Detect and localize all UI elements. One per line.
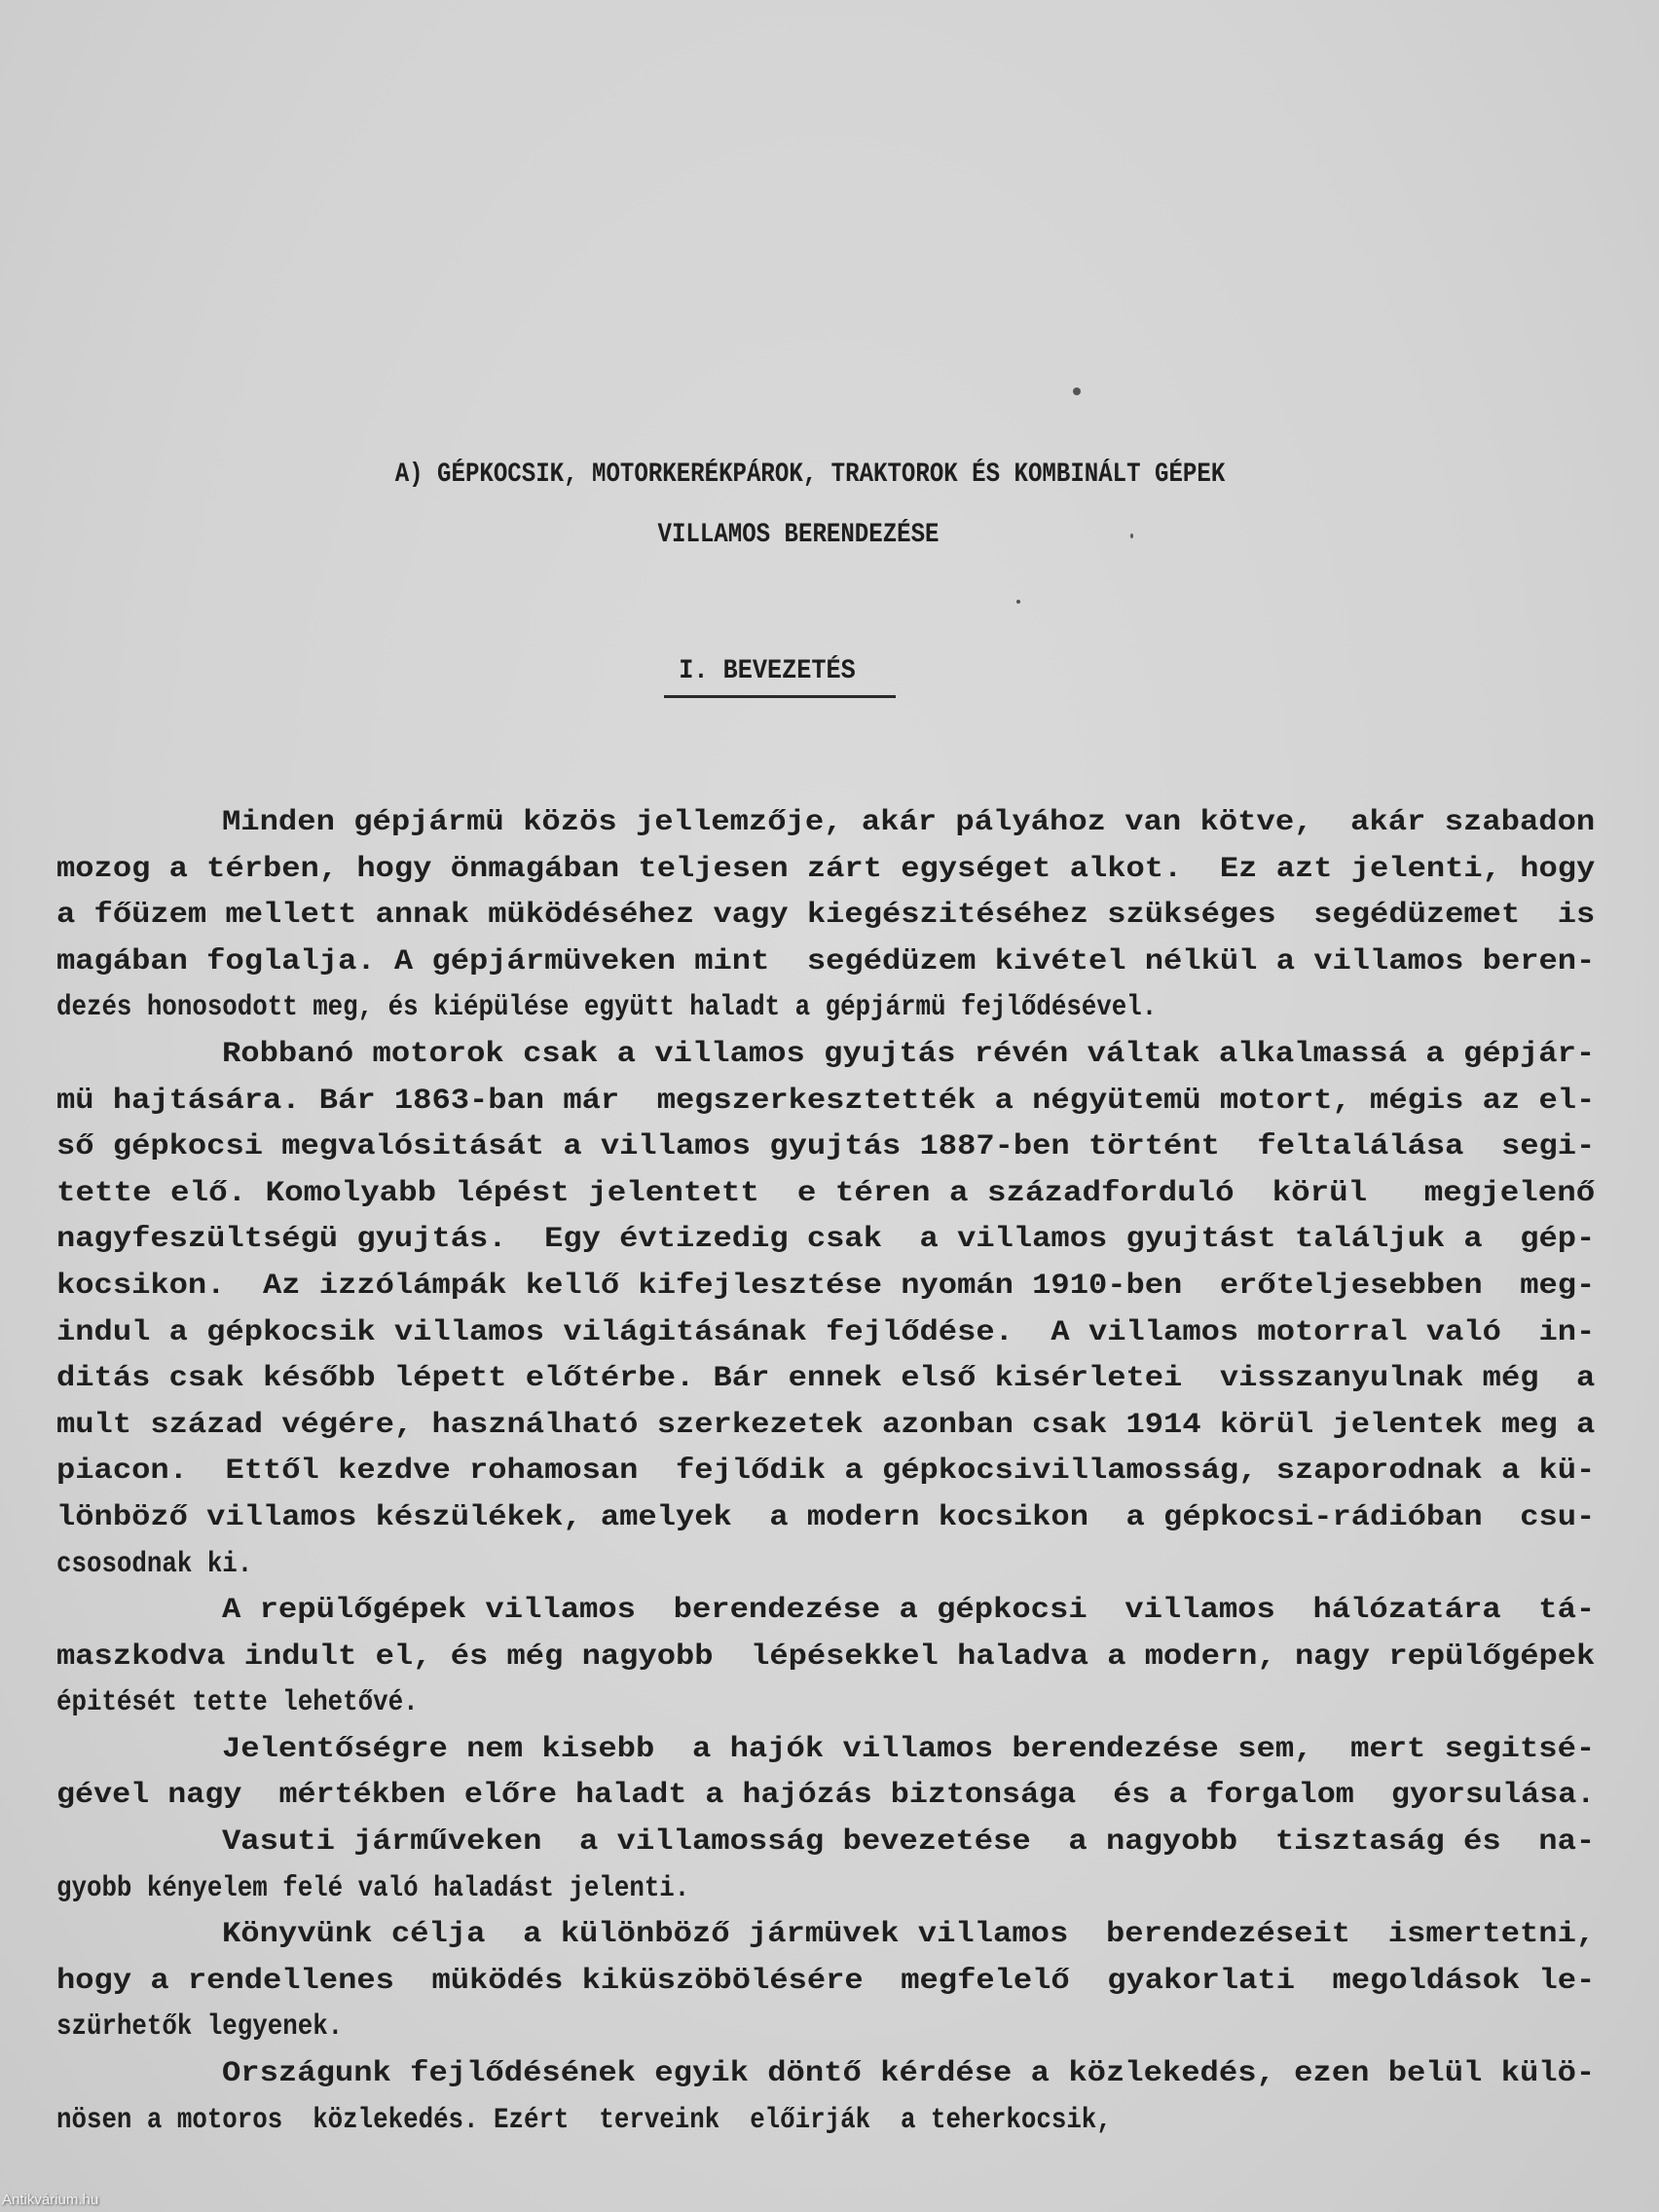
text-line: Könyvünk célja a különböző jármüvek vill…: [56, 1912, 1659, 1959]
text-line: nagyfeszültségü gyujtás. Egy évtizedig c…: [56, 1217, 1595, 1264]
text-line: A repülőgépek villamos berendezése a gép…: [56, 1588, 1659, 1635]
text-line: Vasuti járműveken a villamosság bevezeté…: [56, 1820, 1659, 1866]
text-line: magában foglalja. A gépjármüveken mint s…: [56, 940, 1595, 986]
document-title-line-1: A) GÉPKOCSIK, MOTORKERÉKPÁROK, TRAKTOROK…: [333, 460, 1287, 490]
text-line: mü hajtására. Bár 1863-ban már megszerke…: [56, 1079, 1595, 1125]
text-line: hogy a rendellenes müködés kiküszöbölésé…: [56, 1959, 1595, 2006]
body-text: Minden gépjármü közös jellemzője, akár p…: [56, 800, 1595, 2144]
text-line: épitését tette lehetővé.: [56, 1680, 419, 1727]
paper-speck: [1073, 387, 1081, 395]
text-line: tette elő. Komolyabb lépést jelentett e …: [56, 1171, 1595, 1218]
text-line: Jelentőségre nem kisebb a hajók villamos…: [56, 1727, 1659, 1774]
text-line: Minden gépjármü közös jellemzője, akár p…: [56, 800, 1659, 847]
text-line: kocsikon. Az izzólámpák kellő kifejleszt…: [56, 1264, 1595, 1310]
text-line: indul a gépkocsik villamos világitásának…: [56, 1310, 1595, 1357]
section-heading: I. BEVEZETÉS: [662, 656, 872, 686]
scanned-page: A) GÉPKOCSIK, MOTORKERÉKPÁROK, TRAKTOROK…: [0, 0, 1659, 2212]
text-line: Országunk fejlődésének egyik döntő kérdé…: [56, 2051, 1659, 2098]
text-line: gyobb kényelem felé való haladást jelent…: [56, 1866, 689, 1913]
text-line: szürhetők legyenek.: [56, 2005, 343, 2051]
text-line: maszkodva indult el, és még nagyobb lépé…: [56, 1635, 1595, 1681]
paper-speck: [1130, 534, 1133, 538]
text-line: ditás csak később lépett előtérbe. Bár e…: [56, 1356, 1595, 1403]
paper-speck: [1016, 600, 1020, 604]
text-line: piacon. Ettől kezdve rohamosan fejlődik …: [56, 1449, 1595, 1495]
text-line: lönböző villamos készülékek, amelyek a m…: [56, 1495, 1595, 1542]
text-line: csosodnak ki.: [56, 1542, 252, 1589]
text-line: gével nagy mértékben előre haladt a hajó…: [56, 1773, 1595, 1820]
text-line: a főüzem mellett annak müködéséhez vagy …: [56, 893, 1595, 940]
document-title-line-2: VILLAMOS BERENDEZÉSE: [112, 520, 1485, 550]
section-heading-underline: [664, 695, 896, 698]
text-line: ső gépkocsi megvalósitását a villamos gy…: [56, 1124, 1595, 1171]
text-line: Robbanó motorok csak a villamos gyujtás …: [56, 1032, 1659, 1079]
text-line: dezés honosodott meg, és kiépülése együt…: [56, 985, 1157, 1032]
text-line: mult század végére, használható szerkeze…: [56, 1403, 1595, 1450]
watermark-logo: Antikvárium.hu: [2, 2192, 98, 2208]
text-line: mozog a térben, hogy önmagában teljesen …: [56, 847, 1595, 894]
text-line: nösen a motoros közlekedés. Ezért tervei…: [56, 2098, 1112, 2145]
